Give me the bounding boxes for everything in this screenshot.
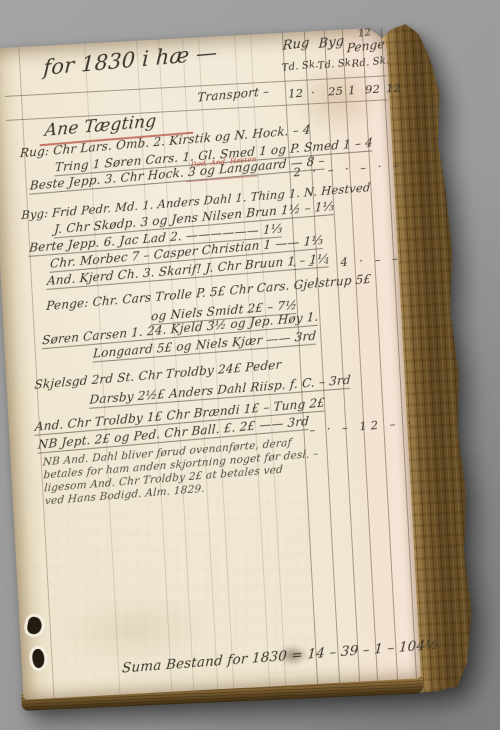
ledger-page: for 1830 i hæ — Rug Byg 12 Penge Td. Sk.… bbox=[0, 27, 421, 700]
column-subheader-byg: Td. Sk. bbox=[317, 57, 355, 72]
transport-value: 12 bbox=[288, 86, 304, 101]
ledger-book: for 1830 i hæ — Rug Byg 12 Penge Td. Sk.… bbox=[0, 22, 484, 716]
transport-value: 12 bbox=[386, 81, 402, 96]
transport-label: Transport – bbox=[197, 84, 270, 105]
rule-column bbox=[342, 30, 378, 681]
rule-column bbox=[324, 31, 360, 682]
photo-background: for 1830 i hæ — Rug Byg 12 Penge Td. Sk.… bbox=[0, 0, 500, 730]
transport-value: · bbox=[311, 85, 316, 99]
transport-value: 1 bbox=[348, 83, 356, 97]
column-header-penge: Penge bbox=[346, 37, 385, 56]
transport-value: 92 bbox=[365, 82, 381, 97]
transport-value: 25 bbox=[328, 84, 344, 99]
column-header-byg: Byg bbox=[318, 34, 344, 52]
year-heading: for 1830 i hæ — bbox=[43, 40, 218, 80]
column-subheader-rug: Td. Sk. bbox=[281, 59, 319, 74]
column-subheader-penge: Rd. Sk. bbox=[351, 55, 390, 70]
